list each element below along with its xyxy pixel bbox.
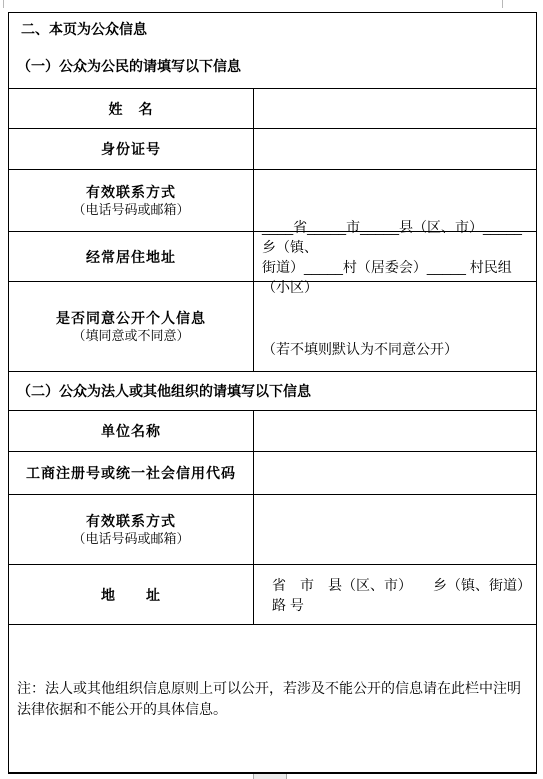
citizen-consent-input-cell[interactable]: （若不填则默认为不同意公开） (254, 282, 536, 371)
citizen-address-row: 经常居住地址 ____省_____市_____县（区、市）_____乡（镇、 街… (9, 231, 536, 281)
citizen-consent-row: 是否同意公开个人信息 （填同意或不同意） （若不填则默认为不同意公开） (9, 281, 536, 371)
org-address-template: 省 市 县（区、市） 乡（镇、街道） 路 号 (272, 575, 530, 615)
org-contact-input-cell[interactable] (254, 495, 536, 564)
org-address-label: 地 址 (101, 586, 161, 604)
page-title-text: 二、本页为公众信息 (21, 19, 147, 39)
citizen-name-row: 姓 名 (9, 88, 536, 128)
citizen-address-label-cell: 经常居住地址 (9, 232, 254, 281)
citizen-name-input-cell[interactable] (254, 89, 536, 128)
citizen-address-input-cell[interactable]: ____省_____市_____县（区、市）_____乡（镇、 街道）_____… (254, 232, 536, 281)
citizen-consent-label: 是否同意公开个人信息 (56, 309, 206, 327)
org-code-row: 工商注册号或统一社会信用代码 (9, 451, 536, 494)
org-contact-label-cell: 有效联系方式 （电话号码或邮箱） (9, 495, 254, 564)
citizen-contact-sublabel: （电话号码或邮箱） (72, 201, 189, 219)
org-contact-sublabel: （电话号码或邮箱） (72, 530, 189, 548)
org-code-label: 工商注册号或统一社会信用代码 (26, 464, 236, 482)
section-citizen-header-text: （一）公众为公民的请填写以下信息 (17, 56, 241, 76)
citizen-id-input-cell[interactable] (254, 129, 536, 169)
citizen-name-label: 姓 名 (109, 100, 154, 118)
section-citizen-header: （一）公众为公民的请填写以下信息 (9, 44, 536, 88)
citizen-id-label: 身份证号 (101, 140, 161, 158)
org-contact-label: 有效联系方式 (86, 512, 176, 530)
org-name-row: 单位名称 (9, 410, 536, 451)
page-number-field (253, 774, 287, 779)
citizen-id-label-cell: 身份证号 (9, 129, 254, 169)
org-name-label: 单位名称 (101, 422, 161, 440)
org-address-input-cell[interactable]: 省 市 县（区、市） 乡（镇、街道） 路 号 (254, 565, 536, 624)
note-row[interactable]: 注：法人或其他组织信息原则上可以公开，若涉及不能公开的信息请在此栏中注明法律依据… (9, 624, 536, 772)
top-right-margin-mark (502, 0, 503, 8)
citizen-consent-hint: （若不填则默认为不同意公开） (262, 339, 530, 359)
public-information-form-table: 二、本页为公众信息 （一）公众为公民的请填写以下信息 姓 名 身份证号 有效联系… (8, 12, 537, 774)
org-address-row: 地 址 省 市 县（区、市） 乡（镇、街道） 路 号 (9, 564, 536, 624)
section-org-header-text: （二）公众为法人或其他组织的请填写以下信息 (17, 381, 311, 401)
org-contact-row: 有效联系方式 （电话号码或邮箱） (9, 494, 536, 564)
org-name-label-cell: 单位名称 (9, 411, 254, 451)
citizen-contact-label: 有效联系方式 (86, 183, 176, 201)
org-code-label-cell: 工商注册号或统一社会信用代码 (9, 452, 254, 494)
org-address-label-cell: 地 址 (9, 565, 254, 624)
page-title: 二、本页为公众信息 (9, 13, 536, 44)
citizen-consent-label-cell: 是否同意公开个人信息 （填同意或不同意） (9, 282, 254, 371)
top-left-margin-mark (3, 0, 4, 8)
citizen-address-template-line1: ____省_____市_____县（区、市）_____乡（镇、 (262, 217, 530, 257)
citizen-contact-label-cell: 有效联系方式 （电话号码或邮箱） (9, 170, 254, 231)
citizen-address-label: 经常居住地址 (86, 248, 176, 266)
org-name-input-cell[interactable] (254, 411, 536, 451)
citizen-name-label-cell: 姓 名 (9, 89, 254, 128)
note-text: 注：法人或其他组织信息原则上可以公开，若涉及不能公开的信息请在此栏中注明法律依据… (17, 678, 526, 720)
org-code-input-cell[interactable] (254, 452, 536, 494)
section-org-header: （二）公众为法人或其他组织的请填写以下信息 (9, 371, 536, 410)
citizen-consent-sublabel: （填同意或不同意） (72, 327, 189, 345)
citizen-id-row: 身份证号 (9, 128, 536, 169)
